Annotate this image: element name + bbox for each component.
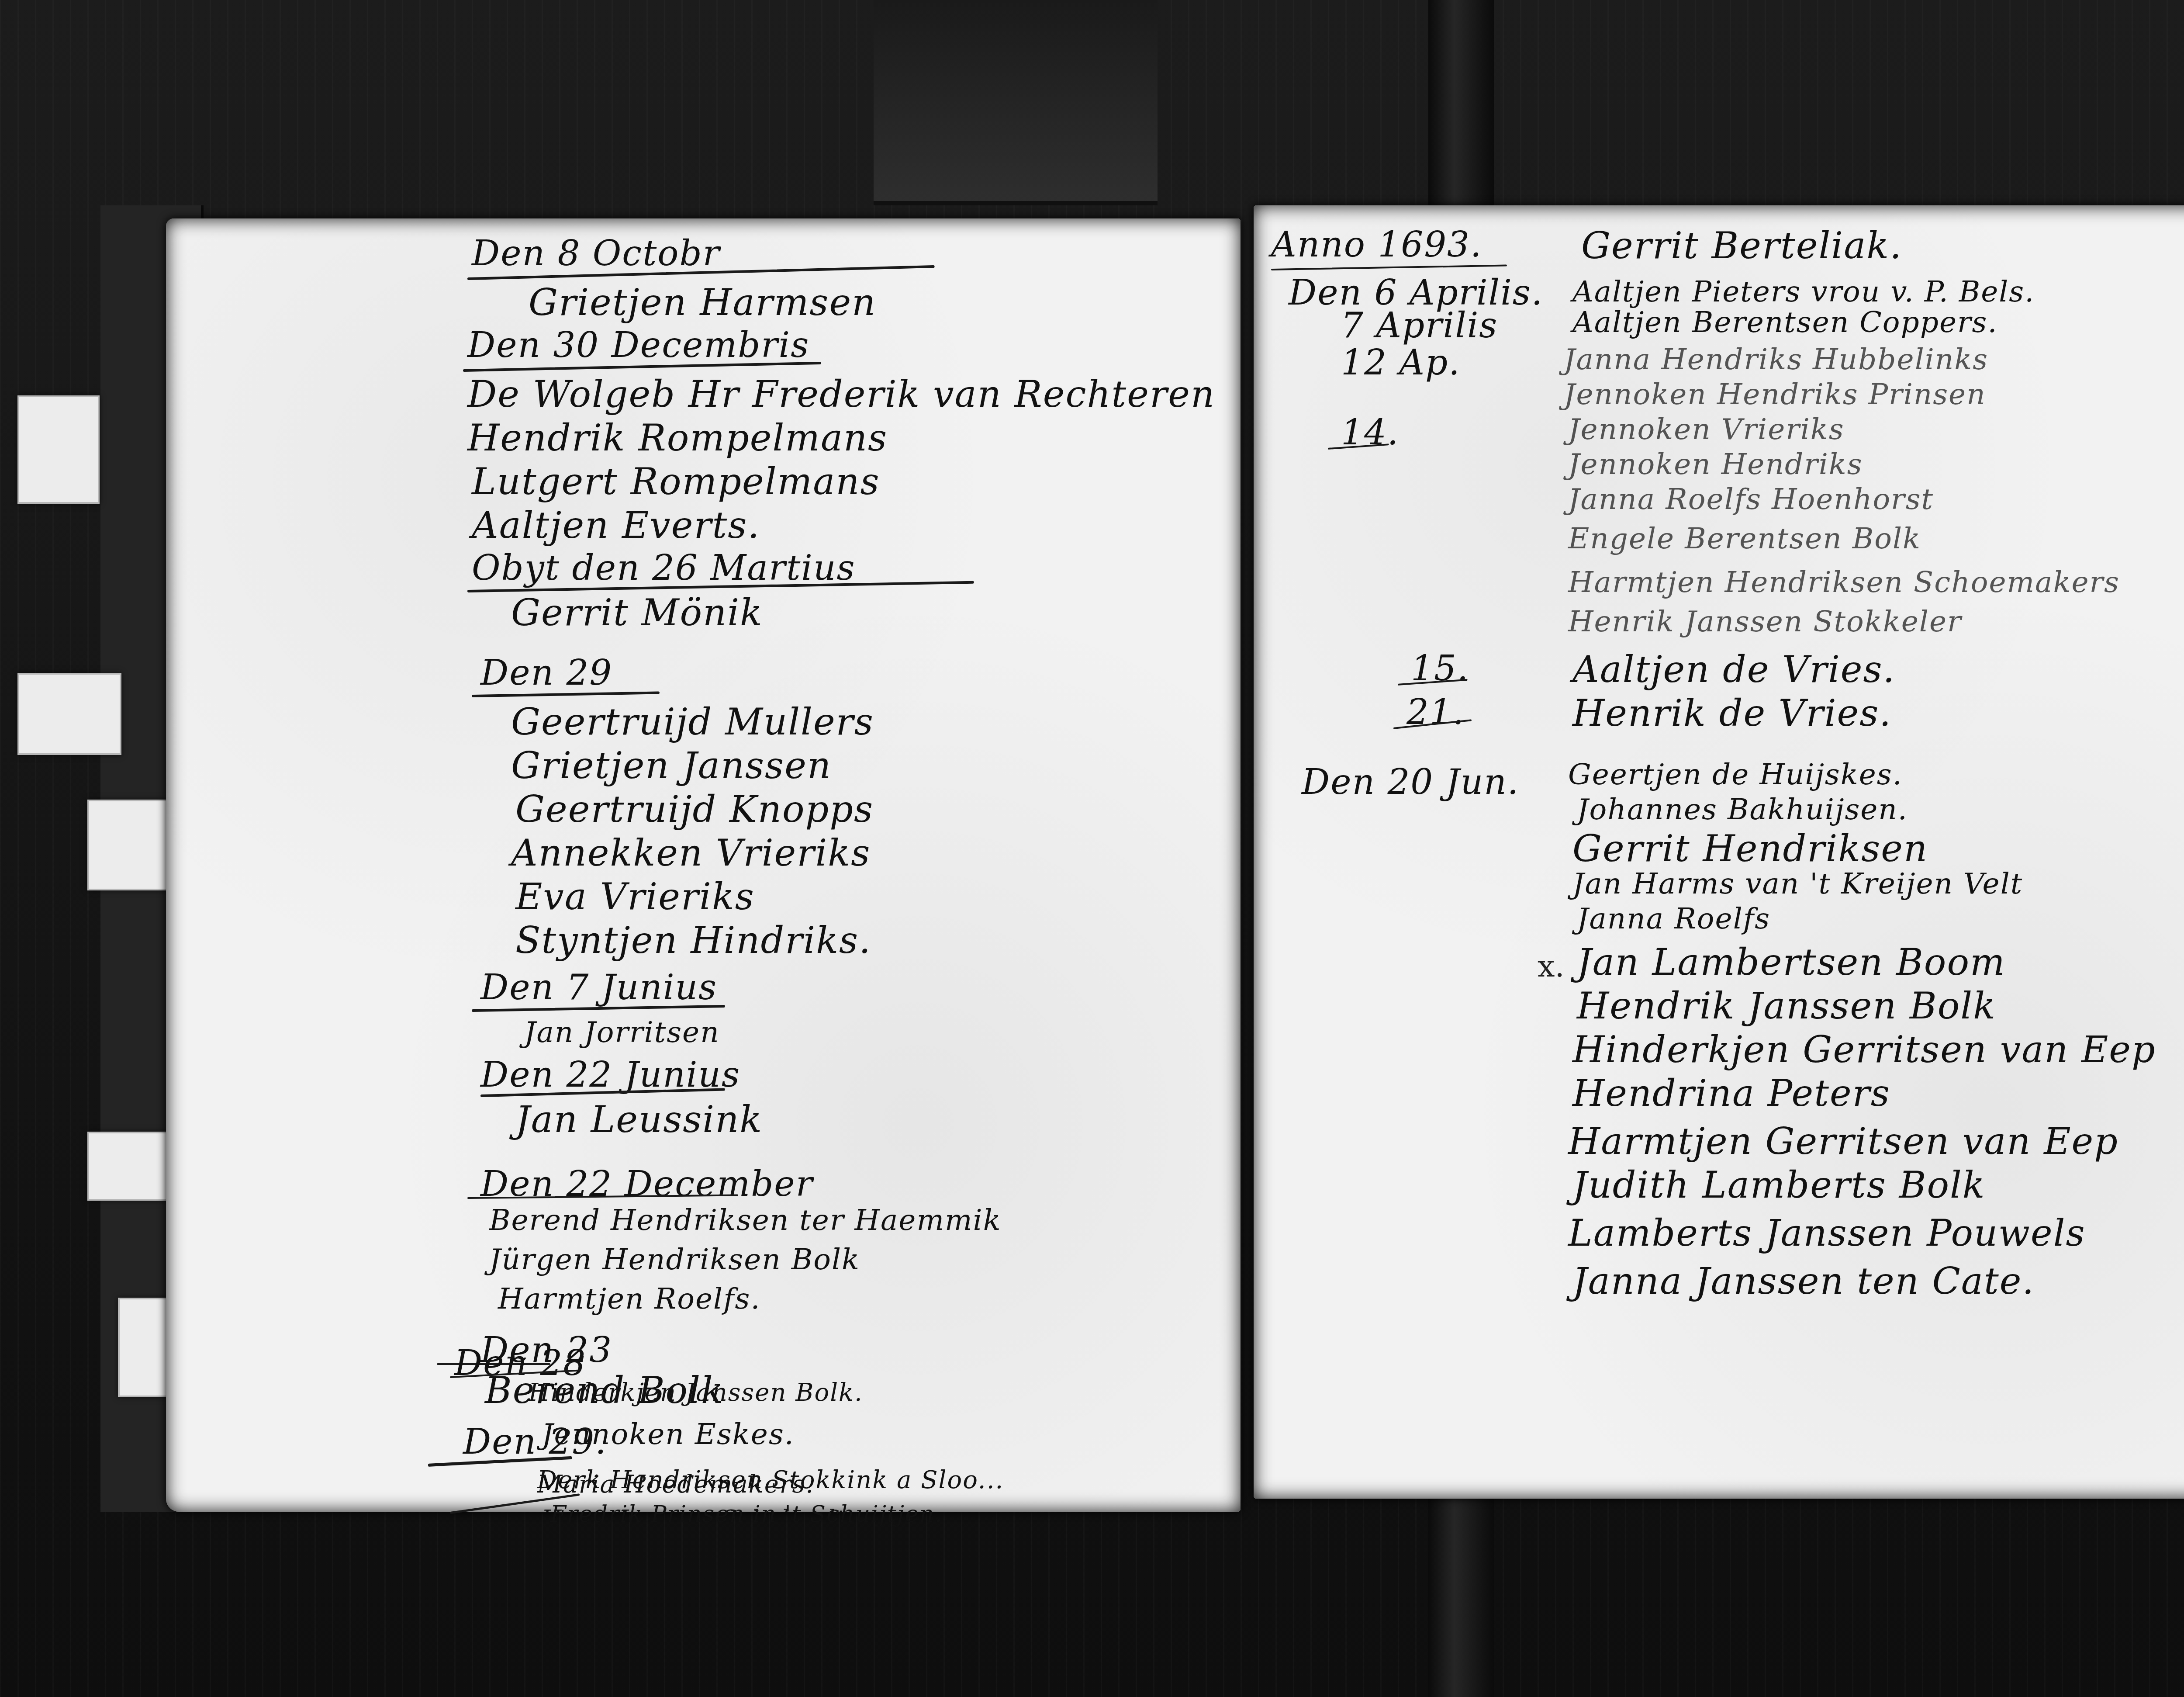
entry-date: Den 30 Decembris — [467, 328, 809, 363]
entry-name: Henrik Janssen Stokkeler — [1568, 607, 1962, 636]
entry-name: Berend Bolk — [485, 1372, 724, 1409]
entry-name: Fredrik Prinsen in 't Schuijtjen. — [550, 1503, 943, 1526]
entry-name: Jennoken Hendriks — [1568, 450, 1863, 479]
entry-name: Derk Hendriksen Stokkink a Sloo... — [537, 1468, 1004, 1493]
entry-name: Jürgen Hendriksen Bolk — [489, 1245, 860, 1274]
entry-name: Gerrit Mönik — [511, 594, 763, 631]
entry-name: Hinderkjen Gerritsen van Eep — [1572, 1031, 2156, 1068]
entry-name: Grietjen Janssen — [511, 747, 832, 784]
entry-name: Eva Vrieriks — [515, 878, 755, 915]
entry-name: Jan Lambertsen Boom — [1577, 944, 2006, 980]
entry-name: Styntjen Hindriks. — [515, 922, 871, 959]
entry-name: Hendrik Rompelmans — [467, 419, 888, 456]
entry-name: Harmtjen Roelfs. — [498, 1285, 760, 1313]
index-tab — [17, 395, 100, 504]
entry-name: De Wolgeb Hr Frederik van Rechteren — [467, 376, 1215, 412]
entry-name: Gerrit Berteliak. — [1581, 227, 1902, 264]
left-page: Den 8 Octobr Grietjen Harmsen Den 30 Dec… — [166, 218, 1241, 1512]
entry-name: Jan Jorritsen — [524, 1018, 720, 1047]
entry-name: Hendrina Peters — [1572, 1075, 1890, 1112]
entry-name: Janna Hendriks Hubbelinks — [1564, 345, 1988, 374]
entry-name: Geertjen de Huijskes. — [1568, 760, 1903, 789]
entry-name: Harmtjen Hendriksen Schoemakers — [1568, 568, 2120, 597]
entry-name: Jan Harms van 't Kreijen Velt — [1572, 869, 2023, 898]
entry-name: Aaltjen Berentsen Coppers. — [1572, 308, 1997, 337]
entry-name: Hendrik Janssen Bolk — [1577, 987, 1996, 1024]
year-heading: Anno 1693. — [1271, 227, 1482, 262]
binding-flap — [874, 0, 1158, 205]
entry-name: Henrik de Vries. — [1572, 695, 1892, 731]
right-page: Anno 1693. Gerrit Berteliak. Den 6 April… — [1254, 205, 2184, 1499]
entry-name: Janna Janssen ten Cate. — [1572, 1263, 2035, 1299]
margin-mark: x. — [1538, 948, 1565, 984]
entry-date: Den 20 Jun. — [1302, 765, 1519, 800]
entry-name: Berend Hendriksen ter Haemmik — [489, 1206, 1002, 1235]
index-tab — [17, 673, 121, 755]
entry-date: Obyt den 26 Martius — [472, 551, 855, 585]
underline — [1271, 265, 1507, 270]
entry-name: Jan Leussink — [515, 1101, 763, 1138]
entry-name: Aaltjen de Vries. — [1572, 651, 1895, 688]
entry-name: Janna Roelfs Hoenhorst — [1568, 485, 1934, 514]
entry-name: Geertruijd Knopps — [515, 791, 874, 828]
entry-name: Engele Berentsen Bolk — [1568, 524, 1921, 553]
entry-name: Lutgert Rompelmans — [472, 463, 880, 500]
entry-name: Gerrit Hendriksen — [1572, 830, 1928, 867]
entry-name: Jennoken Hendriks Prinsen — [1564, 380, 1986, 409]
entry-name: Jennoken Vrieriks — [1568, 415, 1845, 444]
entry-date: Den 29 — [480, 655, 612, 690]
entry-name: Grietjen Harmsen — [529, 284, 876, 321]
entry-name: Aaltjen Everts. — [472, 507, 760, 544]
entry-name: Aaltjen Pieters vrou v. P. Bels. — [1572, 277, 2035, 306]
entry-name: Harmtjen Gerritsen van Eep — [1568, 1123, 2118, 1160]
entry-name: Janna Roelfs — [1577, 904, 1770, 933]
entry-name: Lamberts Janssen Pouwels — [1568, 1215, 2086, 1251]
entry-name: Judith Lamberts Bolk — [1572, 1167, 1986, 1203]
entry-name: Jennoken Eskes. — [542, 1420, 795, 1449]
entry-name: Annekken Vrieriks — [511, 835, 871, 871]
entry-date: 7 Aprilis — [1341, 308, 1498, 343]
entry-date: Den 7 Junius — [480, 970, 717, 1005]
entry-name: Johannes Bakhuijsen. — [1577, 795, 1908, 824]
entry-date: Den 22 Junius — [480, 1057, 740, 1092]
entry-date: Den 8 Octobr — [472, 236, 720, 271]
entry-name: Geertruijd Mullers — [511, 703, 874, 740]
entry-date: 12 Ap. — [1341, 345, 1461, 380]
